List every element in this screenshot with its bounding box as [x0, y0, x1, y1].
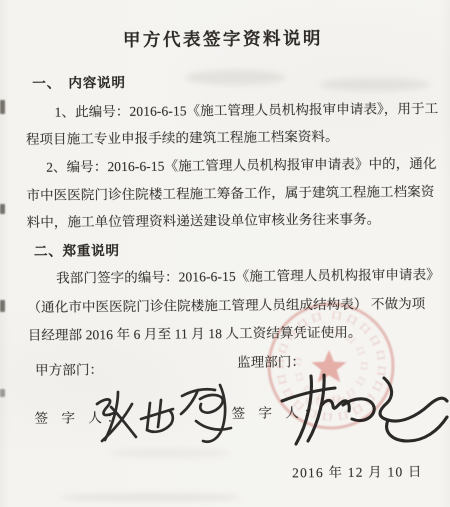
scanned-document-page: 口口口口口口口口口口口口口口口口口口口口 口口口口口口口口口口口 口口口口口 甲… [0, 0, 450, 507]
document-content: 甲方代表签字资料说明 一、 内容说明 1、此编号：2016-6-15《施工管理人… [0, 0, 450, 507]
section1-para1-line1: 1、此编号：2016-6-15《施工管理人员机构报审申请表》，用于工 [55, 97, 439, 121]
section1-para1-line2: 程项目施工专业申报手续的建筑工程施工档案资料。 [26, 125, 339, 148]
section1-para2-line3: 料中，施工单位管理资料递送建设单位审核业务往来事务。 [27, 208, 381, 231]
section2-para1-line2: （通化市中医医院门诊住院楼施工管理人员组成结构表） 不做为项 [27, 292, 425, 316]
supervisor-dept-label: 监理部门： [237, 350, 305, 371]
document-date: 2016 年 12 月 10 日 [292, 460, 423, 481]
section1-heading: 一、 内容说明 [32, 71, 126, 92]
section2-heading: 二、郑重说明 [34, 239, 120, 260]
section2-para1-line3: 目经理部 2016 年 6 月至 11 月 18 人工资结算凭证使用。 [28, 321, 362, 344]
section1-para2-line2: 市中医医院门诊住院楼工程施工筹备工作，属于建筑工程施工档案资 [26, 180, 434, 204]
section1-para2-line1: 2、编号：2016-6-15《施工管理人员机构报审申请表》中的，通化 [46, 152, 437, 176]
document-title: 甲方代表签字资料说明 [0, 24, 448, 53]
supervisor-sign-label: 签 字 人： [231, 401, 322, 422]
party-a-sign-label: 签 字 人： [34, 406, 125, 427]
section2-para1-line1: 我部门签字的编号：2016-6-15《施工管理人员机构报审申请表》 [56, 263, 440, 287]
party-a-dept-label: 甲方部门： [35, 358, 103, 379]
